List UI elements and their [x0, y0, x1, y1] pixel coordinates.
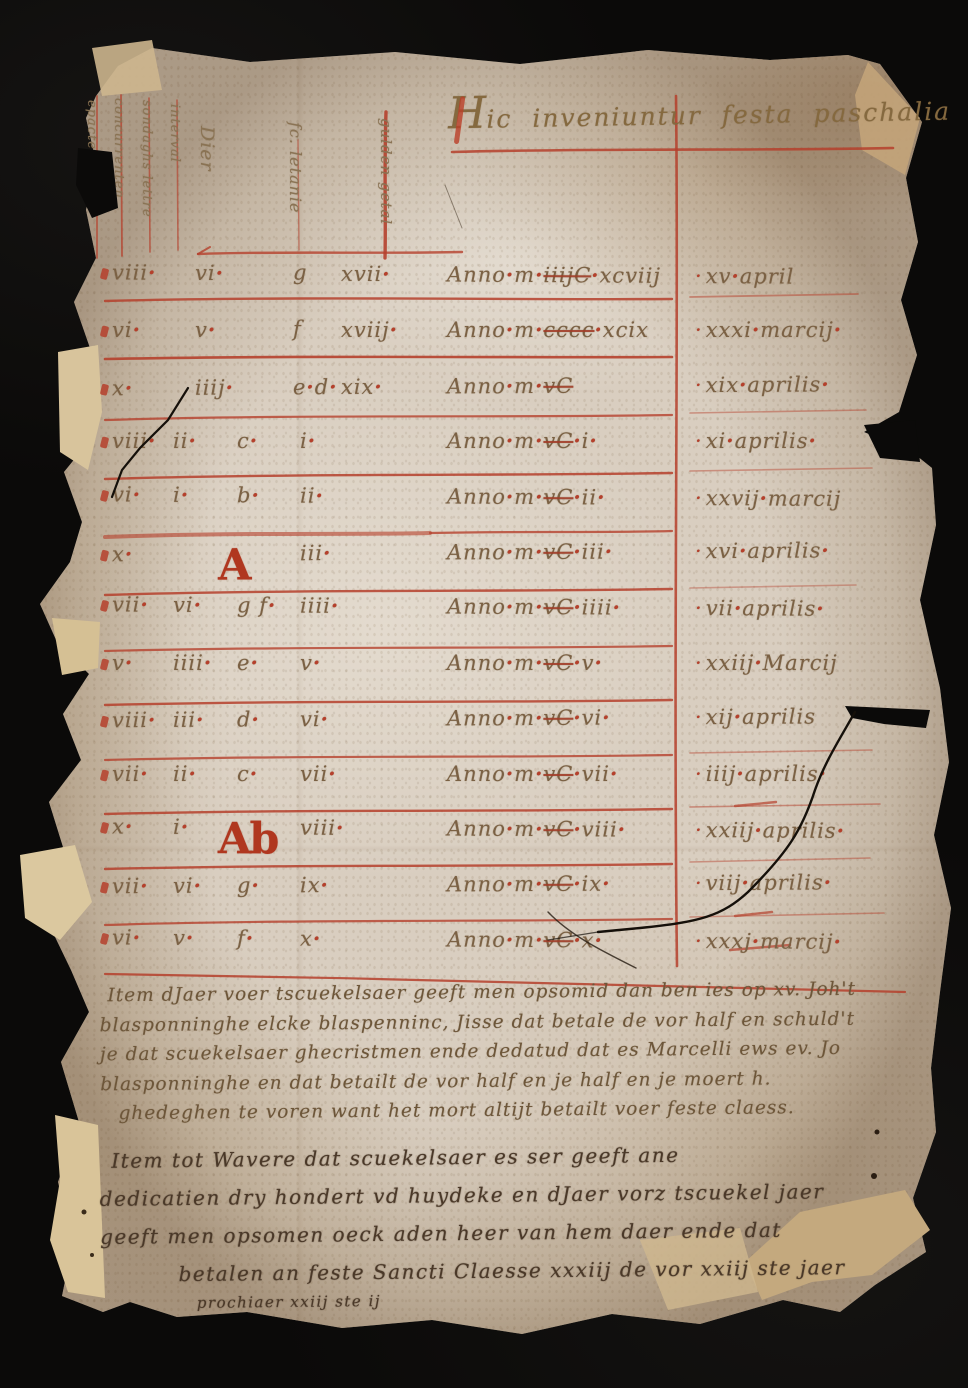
dominical-letter-cell: c·	[237, 761, 258, 786]
easter-table-row: x·i·Abviii·Anno·m·vC·viii·xxiij·aprilis·	[95, 813, 965, 862]
column-header-letanie: fc. letanie	[286, 122, 305, 214]
easter-date-cell: xxxi·marcij·	[695, 317, 842, 342]
epact-cell: x·	[101, 375, 133, 400]
year-cell: Anno·m·vC·vii·	[447, 761, 618, 786]
easter-table-row: v·iiii·e·v·Anno·m·vC·v·xxiij·Marcij	[95, 650, 965, 694]
concurrent-cell: ii·	[173, 761, 197, 786]
golden-number-cell: viii·	[300, 815, 344, 840]
easter-date-cell: xij·aprilis	[695, 704, 816, 730]
concurrent-cell: iiii·	[173, 650, 212, 675]
golden-number-cell: xix·	[341, 374, 383, 399]
dominical-letter-cell: d·	[237, 707, 260, 732]
manuscript-text-line: betalen an feste Sancti Claesse xxxiij d…	[178, 1248, 845, 1293]
golden-number-cell: vii·	[300, 761, 337, 786]
easter-date-cell: xv·april	[695, 263, 794, 289]
easter-table-row: x·Aiii·Anno·m·vC·iii·xvi·aprilis·	[95, 537, 965, 586]
easter-date-cell: xxiij·aprilis·	[695, 817, 845, 843]
easter-table-row: vi·i·b·ii·Anno·m·vC·ii·xxvij·marcij	[95, 481, 965, 530]
year-cell: Anno·m·iiijC·xcviij	[447, 261, 661, 287]
concurrent-cell: i·	[173, 481, 189, 506]
easter-table-row: viii·ii·c·i·Anno·m·vC·i·xi·aprilis·	[95, 428, 965, 472]
golden-number-cell: ix·	[300, 872, 329, 897]
dominical-letter-cell: g f·	[237, 593, 276, 618]
easter-table-row: viii·vi·gxvii·Anno·m·iiijC·xcviijxv·apri…	[95, 259, 965, 308]
golden-number-cell: v·	[300, 650, 321, 675]
year-cell: Anno·m·vC·ix·	[447, 871, 611, 897]
column-header-interval: interval	[167, 104, 182, 163]
year-cell: Anno·m·vC·viii·	[447, 815, 626, 841]
easter-date-cell: vii·aprilis·	[695, 595, 825, 621]
concurrent-cell: vi·	[173, 873, 202, 898]
easter-date-cell: xvi·aprilis·	[695, 537, 830, 563]
easter-table-row: viii·iii·d·vi·Anno·m·vC·vi·xij·aprilis	[95, 703, 965, 752]
dominical-letter-cell: e·	[237, 650, 259, 675]
easter-date-cell: xxxj·marcij·	[695, 928, 842, 954]
concurrent-cell: iii·	[173, 707, 205, 732]
year-cell: Anno·m·vC	[447, 373, 573, 399]
year-cell: Anno·m·vC·ii·	[447, 483, 606, 509]
dominical-letter-cell: e·d·	[293, 374, 338, 399]
column-header-golden-number: gulden getal	[377, 118, 395, 225]
easter-table-row: vi·v·f·x·Anno·m·vC·x·xxxj·marcij·	[95, 924, 965, 973]
dominical-letter-cell: c·	[237, 428, 258, 453]
golden-number-cell: vi·	[300, 706, 329, 731]
epact-cell: viii·	[101, 259, 156, 284]
easter-date-cell: xix·aprilis·	[695, 371, 830, 397]
epact-cell: vi·	[101, 317, 141, 342]
concurrent-cell: iiij·	[195, 374, 234, 399]
dominical-letter-cell: g	[293, 261, 308, 285]
easter-table-row: vii·vi·g·ix·Anno·m·vC·ix·viij·aprilis·	[95, 869, 965, 918]
easter-table-row: vii·ii·c·vii·Anno·m·vC·vii·iiij·aprilis·	[95, 761, 965, 805]
epact-cell: x·	[101, 813, 133, 838]
year-cell: Anno·m·vC·vi·	[447, 705, 611, 731]
year-cell: Anno·m·vC·i·	[447, 428, 598, 453]
epact-cell: vii·	[101, 592, 149, 617]
easter-date-cell: xxiij·Marcij	[695, 650, 838, 675]
manuscript-photo: epacten concurrenten sondaghs lettre int…	[0, 0, 968, 1388]
dominical-letter-cell: f	[293, 317, 302, 341]
year-cell: Anno·m·vC·iii·	[447, 539, 613, 565]
easter-date-cell: xxvij·marcij	[695, 485, 841, 511]
year-cell: Anno·m·cccc·xcix	[447, 317, 649, 342]
easter-table-row: vii·vi·g f·iiii·Anno·m·vC·iiii·vii·april…	[95, 592, 965, 641]
golden-number-cell: xvii·	[341, 261, 391, 286]
easter-date-cell: viij·aprilis·	[695, 870, 832, 896]
column-header-letter-left: sondaghs lettre	[139, 100, 154, 218]
column-header-dier: Dier	[196, 126, 218, 172]
concurrent-cell: vi·	[195, 260, 224, 285]
concurrent-cell: v·	[195, 317, 216, 342]
easter-table-row: x·iiij·e·d·xix·Anno·m·vCxix·aprilis·	[95, 371, 965, 420]
concurrent-cell: ii·	[173, 428, 197, 453]
paragraph-scuekelsaer: Item dJaer voer tscuekelsaer geeft men o…	[99, 975, 857, 1129]
easter-date-cell: iiij·aprilis·	[695, 761, 827, 786]
epact-cell: vii·	[101, 761, 149, 786]
golden-number-cell: i·	[300, 428, 316, 453]
epact-cell: vi·	[101, 924, 141, 949]
year-cell: Anno·m·vC·x·	[447, 926, 603, 952]
epact-cell: v·	[101, 650, 133, 675]
easter-table-row: vi·v·fxviij·Anno·m·cccc·xcixxxxi·marcij·	[95, 317, 965, 361]
golden-number-cell: ii·	[300, 482, 324, 507]
year-cell: Anno·m·vC·v·	[447, 650, 603, 675]
golden-number-cell: xviij·	[341, 317, 398, 342]
dominical-letter-red: A	[218, 540, 250, 590]
title-initial-H: H	[447, 88, 486, 140]
golden-number-cell: iiii·	[300, 593, 339, 618]
dominical-letter-cell: b·	[237, 482, 260, 507]
golden-number-cell: x·	[300, 925, 321, 950]
column-header-concurrent: concurrenten	[111, 98, 126, 199]
year-cell: Anno·m·vC·iiii·	[447, 594, 621, 620]
epact-cell: viii·	[101, 707, 156, 732]
concurrent-cell: vi·	[173, 592, 202, 617]
concurrent-cell: i·	[173, 814, 189, 839]
column-header-epact: epacten	[84, 100, 99, 159]
easter-date-cell: xi·aprilis·	[695, 428, 817, 453]
dominical-letter-cell: f·	[237, 925, 254, 950]
dominical-letter-cell: g·	[237, 873, 260, 898]
epact-cell: x·	[101, 541, 133, 566]
epact-cell: vi·	[101, 481, 141, 506]
epact-cell: vii·	[101, 873, 149, 898]
paragraph-wavere: Item tot Wavere dat scuekelsaer es ser g…	[99, 1134, 846, 1314]
dominical-letter-red: Ab	[218, 814, 278, 864]
epact-cell: viii·	[101, 428, 156, 453]
concurrent-cell: v·	[173, 925, 194, 950]
golden-number-cell: iii·	[300, 540, 332, 565]
